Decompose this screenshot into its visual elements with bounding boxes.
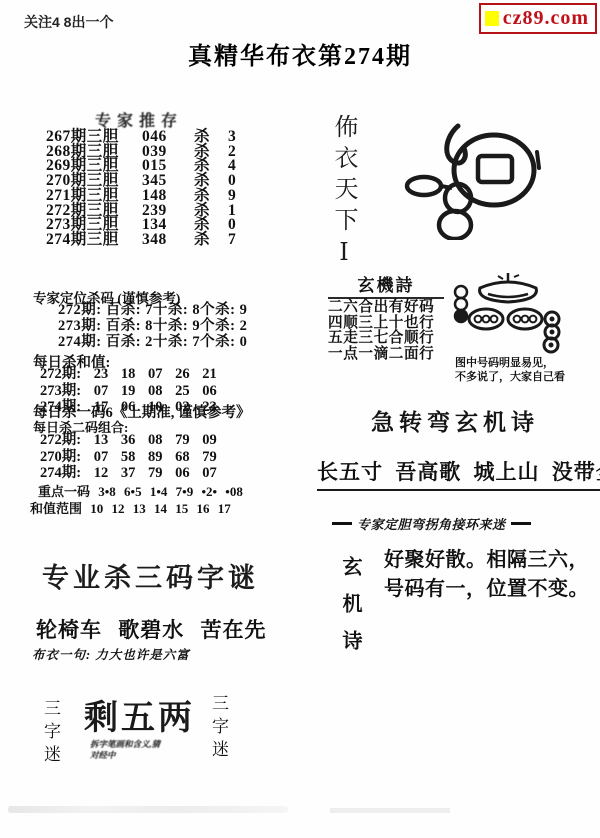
poem-line: 好聚好散。相隔三六， <box>384 546 589 575</box>
caption-line: 图中号码明显易见， <box>455 356 565 370</box>
sum-range-line: 和值范围 10 12 13 14 15 16 17 <box>30 498 231 517</box>
buyi-sentence: 布衣一句: 力大也许是六富 <box>32 645 190 663</box>
divider-text: 专家定胆弯拐角接环来迷 <box>357 514 506 533</box>
note-line: 对经中 <box>90 750 210 761</box>
poem-line: 四顺三上十也行 <box>328 316 444 331</box>
bead-doodle-graphic <box>448 272 568 359</box>
turn-poem-title: 急转弯玄机诗 <box>320 404 590 437</box>
list-item: 272期: 13 36 08 79 09 <box>40 432 217 449</box>
tipsheet-page: 关注4 8出一个 cz89.com 真精华布衣第274期 专家推存 267期三胆… <box>0 0 600 838</box>
picks-table: 267期三胆046杀3 268期三胆039杀2 269期三胆015杀4 270期… <box>46 130 261 248</box>
expert-divider: 专家定胆弯拐角接环来迷 <box>332 514 557 533</box>
page-title: 真精华布衣第274期 <box>0 36 600 71</box>
kill-value: 7 <box>228 233 236 248</box>
vertical-title: 佈衣天下Ⅰ <box>326 114 361 273</box>
poem-line: 号码有一，位置不变。 <box>384 575 589 604</box>
top-note: 关注4 8出一个 <box>24 12 113 32</box>
caption-line: 不多说了，大家自己看 <box>455 370 565 384</box>
mystery-poem-header: 玄機詩 <box>328 271 444 299</box>
pick-dan: 348 <box>142 233 194 248</box>
list-item: 274期: 百杀: 2十杀: 7个杀: 0 <box>58 334 247 350</box>
scan-smudge <box>330 808 450 813</box>
scan-smudge <box>8 806 288 813</box>
divider-dash-icon <box>511 522 531 525</box>
list-item: 274期: 12 37 79 06 07 <box>40 465 217 482</box>
poem-line: 一点一滴二面行 <box>328 347 444 362</box>
three-char-answer: 剩五两 <box>84 690 195 739</box>
two-kill-rows: 272期: 13 36 08 79 09 270期: 07 58 89 68 7… <box>40 432 217 482</box>
turn-poem-line: 长五寸 吾高歌 城上山 没带全 <box>317 456 600 491</box>
riddle-line: 轮椅车 歌碧水 苦在先 <box>36 614 267 644</box>
three-char-label-right: 三字迷 <box>206 694 231 763</box>
list-item: 272期: 23 18 07 26 21 <box>40 366 217 383</box>
three-char-label-left: 三字迷 <box>38 699 63 768</box>
table-row: 274期三胆348杀7 <box>46 233 261 248</box>
badge-text: cz89.com <box>503 7 589 30</box>
divider-dash-icon <box>332 522 352 525</box>
badge-square-icon <box>485 11 499 26</box>
position-kill-rows: 272期: 百杀: 7十杀: 8个杀: 9 273期: 百杀: 8十杀: 9个杀… <box>58 302 247 351</box>
note-line: 拆字笔画和含义,猜 <box>90 739 210 750</box>
bottom-poem-text: 好聚好散。相隔三六， 号码有一，位置不变。 <box>384 546 589 604</box>
site-badge[interactable]: cz89.com <box>479 3 597 34</box>
bottom-poem-label: 玄机诗 <box>336 556 365 667</box>
poem-line: 二六合出有好码 <box>328 300 444 315</box>
coin-doodle-graphic <box>402 122 542 245</box>
kill-label: 杀 <box>194 233 228 248</box>
mystery-poem: 玄機詩 二六合出有好码 四顺三上十也行 五走三七合顺行 一点一滴二面行 <box>328 271 444 361</box>
riddle-title: 专业杀三码字谜 <box>42 556 259 595</box>
list-item: 273期: 百杀: 8十杀: 9个杀: 2 <box>58 318 247 334</box>
list-item: 272期: 百杀: 7十杀: 8个杀: 9 <box>58 302 247 318</box>
list-item: 273期: 07 19 08 25 06 <box>40 383 217 400</box>
figure-caption: 图中号码明显易见， 不多说了，大家自己看 <box>455 356 565 384</box>
poem-line: 五走三七合顺行 <box>328 331 444 346</box>
three-char-note: 拆字笔画和含义,猜 对经中 <box>90 739 210 761</box>
pick-period: 274期三胆 <box>46 233 142 248</box>
list-item: 270期: 07 58 89 68 79 <box>40 449 217 466</box>
